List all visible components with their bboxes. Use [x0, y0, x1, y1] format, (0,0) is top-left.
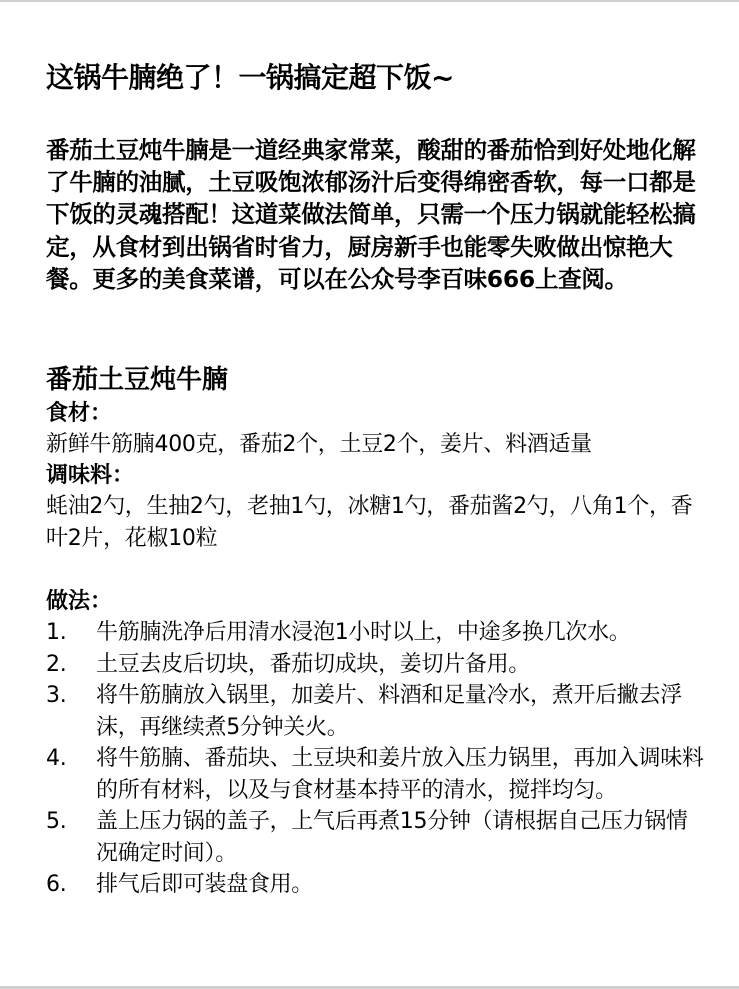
page-title: 这锅牛腩绝了！一锅搞定超下饭~	[46, 58, 454, 98]
step-text: 将牛筋腩、番茄块、土豆块和姜片放入压力锅里，再加入调味料的所有材料，以及与食材基…	[96, 743, 706, 806]
step-number: 2.	[46, 649, 96, 681]
step-text: 排气后即可装盘食用。	[96, 869, 706, 901]
step-number: 5.	[46, 806, 96, 869]
method-step: 3. 将牛筋腩放入锅里，加姜片、料酒和足量冷水，煮开后撇去浮沫，再继续煮5分钟关…	[46, 680, 706, 743]
step-number: 3.	[46, 680, 96, 743]
step-text: 土豆去皮后切块，番茄切成块，姜切片备用。	[96, 649, 706, 681]
ingredients-section: 食材： 新鲜牛筋腩400克，番茄2个，土豆2个，姜片、料酒适量	[46, 398, 706, 461]
step-number: 1.	[46, 617, 96, 649]
step-text: 牛筋腩洗净后用清水浸泡1小时以上，中途多换几次水。	[96, 617, 706, 649]
seasonings-text: 蚝油2勺，生抽2勺，老抽1勺，冰糖1勺，番茄酱2勺，八角1个，香叶2片，花椒10…	[46, 491, 706, 554]
method-step: 4. 将牛筋腩、番茄块、土豆块和姜片放入压力锅里，再加入调味料的所有材料，以及与…	[46, 743, 706, 806]
step-text: 盖上压力锅的盖子，上气后再煮15分钟（请根据自己压力锅情况确定时间）。	[96, 806, 706, 869]
top-divider	[0, 0, 739, 2]
step-number: 4.	[46, 743, 96, 806]
step-text: 将牛筋腩放入锅里，加姜片、料酒和足量冷水，煮开后撇去浮沫，再继续煮5分钟关火。	[96, 680, 706, 743]
method-step: 5. 盖上压力锅的盖子，上气后再煮15分钟（请根据自己压力锅情况确定时间）。	[46, 806, 706, 869]
intro-paragraph: 番茄土豆炖牛腩是一道经典家常菜，酸甜的番茄恰到好处地化解了牛腩的油腻，土豆吸饱浓…	[46, 134, 706, 295]
ingredients-label: 食材：	[46, 398, 706, 429]
recipe-title: 番茄土豆炖牛腩	[46, 362, 228, 398]
method-label: 做法：	[46, 586, 706, 617]
ingredients-text: 新鲜牛筋腩400克，番茄2个，土豆2个，姜片、料酒适量	[46, 429, 706, 461]
method-step: 6. 排气后即可装盘食用。	[46, 869, 706, 901]
seasonings-label: 调味料：	[46, 460, 706, 491]
method-step: 2. 土豆去皮后切块，番茄切成块，姜切片备用。	[46, 649, 706, 681]
method-step: 1. 牛筋腩洗净后用清水浸泡1小时以上，中途多换几次水。	[46, 617, 706, 649]
method-steps-list: 1. 牛筋腩洗净后用清水浸泡1小时以上，中途多换几次水。 2. 土豆去皮后切块，…	[46, 617, 706, 901]
method-section: 做法： 1. 牛筋腩洗净后用清水浸泡1小时以上，中途多换几次水。 2. 土豆去皮…	[46, 586, 706, 901]
step-number: 6.	[46, 869, 96, 901]
seasonings-section: 调味料： 蚝油2勺，生抽2勺，老抽1勺，冰糖1勺，番茄酱2勺，八角1个，香叶2片…	[46, 460, 706, 554]
